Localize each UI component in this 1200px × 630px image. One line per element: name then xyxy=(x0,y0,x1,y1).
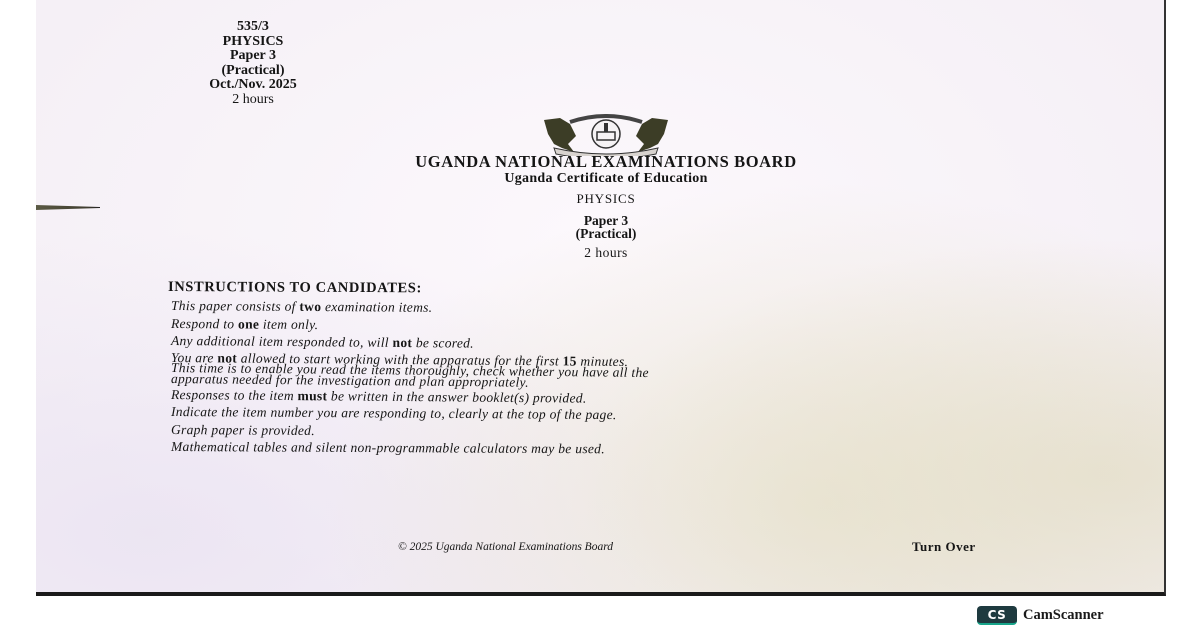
subject-title: PHYSICS xyxy=(300,191,912,207)
instruction-item: Mathematical tables and silent non-progr… xyxy=(171,439,605,457)
certificate-name: Uganda Certificate of Education xyxy=(300,171,912,187)
instruction-item: Indicate the item number you are respond… xyxy=(171,404,617,423)
uneb-coat-of-arms-icon xyxy=(540,114,672,156)
paper-code-block: 535/3 PHYSICS Paper 3 (Practical) Oct./N… xyxy=(168,20,338,107)
exam-session: Oct./Nov. 2025 xyxy=(168,78,338,93)
instruction-item: Any additional item responded to, will n… xyxy=(171,333,474,352)
instruction-item: Graph paper is provided. xyxy=(171,422,315,439)
turn-over-label: Turn Over xyxy=(912,539,976,555)
instructions-heading: INSTRUCTIONS TO CANDIDATES: xyxy=(168,279,422,297)
board-name: UGANDA NATIONAL EXAMINATIONS BOARD xyxy=(300,152,912,172)
instruction-item: This paper consists of two examination i… xyxy=(171,298,432,316)
camscanner-watermark: CS CamScanner xyxy=(977,606,1104,625)
camscanner-name: CamScanner xyxy=(1023,607,1104,624)
paper-code: 535/3 xyxy=(168,20,338,35)
copyright-notice: © 2025 Uganda National Examinations Boar… xyxy=(398,541,613,553)
subject-label: PHYSICS xyxy=(168,35,338,50)
camscanner-logo-icon: CS xyxy=(977,606,1017,625)
exam-duration: 2 hours xyxy=(168,93,338,108)
paper-number: Paper 3 xyxy=(168,49,338,64)
paper-type-title: (Practical) xyxy=(300,227,912,240)
duration-title: 2 hours xyxy=(300,245,912,261)
paper-type: (Practical) xyxy=(168,64,338,79)
instruction-item: Respond to one item only. xyxy=(171,316,318,333)
paper-title: Paper 3 (Practical) xyxy=(300,214,912,240)
